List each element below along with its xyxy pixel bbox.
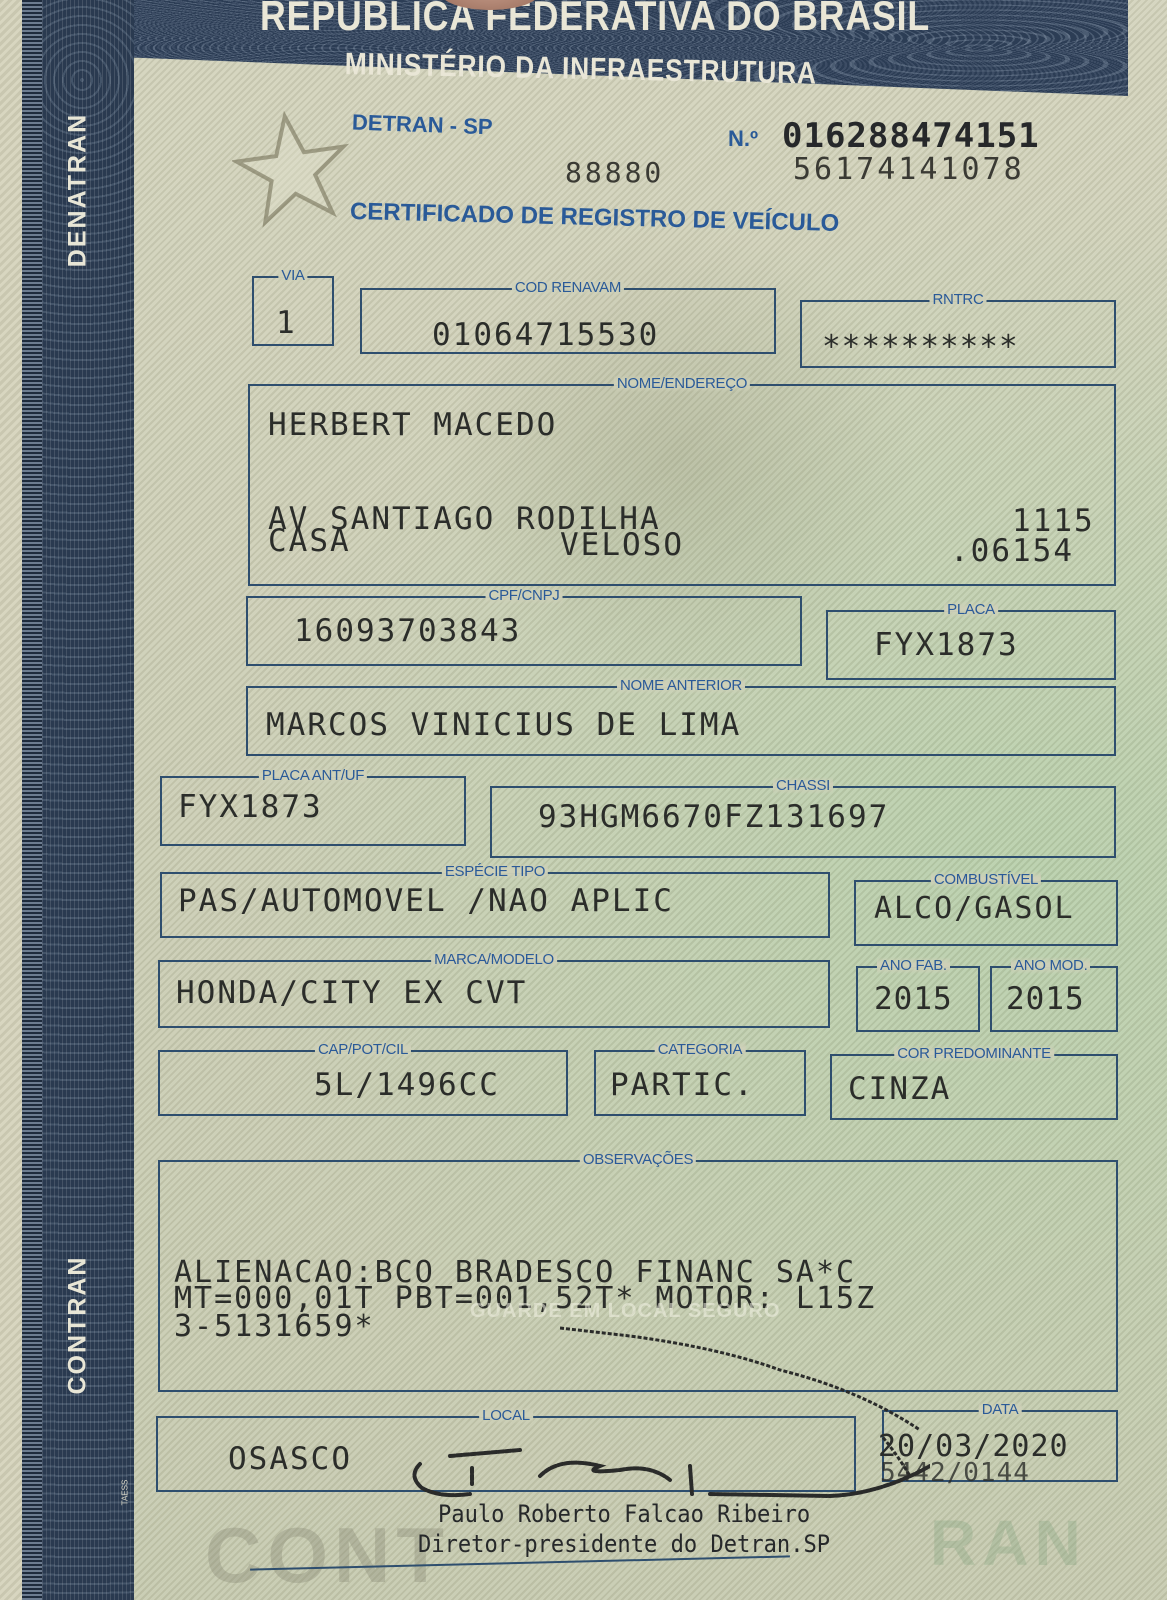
star-emblem-icon bbox=[232, 108, 352, 228]
field-label: PLACA ANT/UF bbox=[259, 767, 367, 784]
signatory-name: Paulo Roberto Falcao Ribeiro bbox=[438, 1500, 810, 1528]
field-via: VIA 1 bbox=[252, 276, 334, 346]
field-nome-anterior: NOME ANTERIOR MARCOS VINICIUS DE LIMA bbox=[246, 686, 1116, 756]
field-label: ANO MOD. bbox=[1011, 957, 1090, 974]
field-label: COR PREDOMINANTE bbox=[894, 1045, 1054, 1062]
field-cap-pot-cil: CAP/POT/CIL 5L/1496CC bbox=[158, 1050, 568, 1116]
field-ano-fab: ANO FAB. 2015 bbox=[856, 966, 980, 1032]
field-label: CPF/CNPJ bbox=[486, 587, 563, 604]
field-label: CAP/POT/CIL bbox=[315, 1041, 411, 1058]
field-value-ano-mod: 2015 bbox=[1006, 984, 1085, 1015]
field-cpf-cnpj: CPF/CNPJ 16093703843 bbox=[246, 596, 802, 666]
field-renavam: COD RENAVAM 01064715530 bbox=[360, 288, 776, 354]
field-rntrc: RNTRC ********** bbox=[800, 300, 1116, 368]
field-value-renavam: 01064715530 bbox=[432, 320, 659, 351]
spine-guilloche-edge bbox=[22, 0, 42, 1600]
field-label: PLACA bbox=[944, 601, 998, 618]
field-value-marca-modelo: HONDA/CITY EX CVT bbox=[176, 978, 527, 1009]
field-label: VIA bbox=[278, 267, 307, 284]
field-value-cpf: 16093703843 bbox=[294, 616, 521, 647]
footer-ghost-watermark-right: RAN bbox=[930, 1506, 1087, 1580]
field-label: COMBUSTÍVEL bbox=[931, 871, 1041, 888]
field-value-placa-ant: FYX1873 bbox=[178, 792, 323, 823]
spine-label-denatran: DENATRAN bbox=[64, 113, 93, 267]
field-value-especie: PAS/AUTOMOVEL /NAO APLIC bbox=[178, 886, 674, 917]
security-code-2: 56174141078 bbox=[793, 152, 1025, 187]
field-marca-modelo: MARCA/MODELO HONDA/CITY EX CVT bbox=[158, 960, 830, 1028]
address-postal: .06154 bbox=[950, 536, 1074, 567]
field-label: MARCA/MODELO bbox=[431, 951, 557, 968]
page-edge bbox=[0, 0, 22, 1600]
field-label: ANO FAB. bbox=[877, 957, 950, 974]
spine-label-contran: CONTRAN bbox=[64, 1256, 93, 1395]
field-value-nome-anterior: MARCOS VINICIUS DE LIMA bbox=[266, 710, 741, 741]
field-nome-endereco: NOME/ENDEREÇO HERBERT MACEDO AV SANTIAGO… bbox=[248, 384, 1116, 586]
document-number: 016288474151 bbox=[782, 116, 1040, 156]
field-label: NOME/ENDEREÇO bbox=[614, 375, 750, 392]
field-value-placa: FYX1873 bbox=[874, 630, 1019, 661]
field-label: CHASSI bbox=[773, 777, 833, 794]
field-value-local: OSASCO bbox=[228, 1444, 352, 1475]
field-value-ano-fab: 2015 bbox=[874, 984, 953, 1015]
field-label: NOME ANTERIOR bbox=[617, 677, 745, 694]
field-value-cap-pot-cil: 5L/1496CC bbox=[314, 1070, 500, 1101]
field-placa-ant-uf: PLACA ANT/UF FYX1873 bbox=[160, 776, 466, 846]
field-label: RNTRC bbox=[930, 291, 987, 308]
field-value-combustivel: ALCO/GASOL bbox=[874, 894, 1075, 924]
field-label: CATEGORIA bbox=[655, 1041, 746, 1058]
header-title: REPÚBLICA FEDERATIVA DO BRASIL bbox=[260, 0, 930, 40]
field-cor-predominante: COR PREDOMINANTE CINZA bbox=[830, 1054, 1118, 1120]
spine-small-print: TAESS bbox=[120, 1480, 129, 1506]
observation-line-3: 3-5131659* bbox=[174, 1312, 375, 1342]
field-label: OBSERVAÇÕES bbox=[580, 1151, 696, 1168]
footer-ghost-watermark-left: CONT bbox=[205, 1510, 450, 1600]
security-code-1: 88880 bbox=[565, 156, 664, 189]
address-line-2: CASA bbox=[268, 526, 351, 557]
field-placa: PLACA FYX1873 bbox=[826, 610, 1116, 680]
field-categoria: CATEGORIA PARTIC. bbox=[594, 1050, 806, 1116]
field-value-categoria: PARTIC. bbox=[610, 1070, 755, 1101]
field-especie-tipo: ESPÉCIE TIPO PAS/AUTOMOVEL /NAO APLIC bbox=[160, 872, 830, 938]
field-label: LOCAL bbox=[479, 1407, 533, 1424]
field-ano-mod: ANO MOD. 2015 bbox=[990, 966, 1118, 1032]
field-value-rntrc: ********** bbox=[822, 332, 1019, 363]
signature-tail-stroke bbox=[560, 1300, 1000, 1450]
field-combustivel: COMBUSTÍVEL ALCO/GASOL bbox=[854, 880, 1118, 946]
number-label: N.º bbox=[728, 126, 758, 152]
field-value-cor: CINZA bbox=[848, 1074, 951, 1105]
field-chassi: CHASSI 93HGM6670FZ131697 bbox=[490, 786, 1116, 858]
issuer-label: DETRAN - SP bbox=[352, 110, 493, 141]
field-value-via: 1 bbox=[276, 308, 297, 339]
address-district: VELOSO bbox=[560, 530, 684, 561]
field-label: COD RENAVAM bbox=[512, 279, 624, 296]
owner-name: HERBERT MACEDO bbox=[268, 410, 557, 441]
field-label: ESPÉCIE TIPO bbox=[442, 863, 548, 880]
field-value-chassi: 93HGM6670FZ131697 bbox=[538, 802, 889, 833]
signatory-role: Diretor-presidente do Detran.SP bbox=[418, 1530, 830, 1558]
